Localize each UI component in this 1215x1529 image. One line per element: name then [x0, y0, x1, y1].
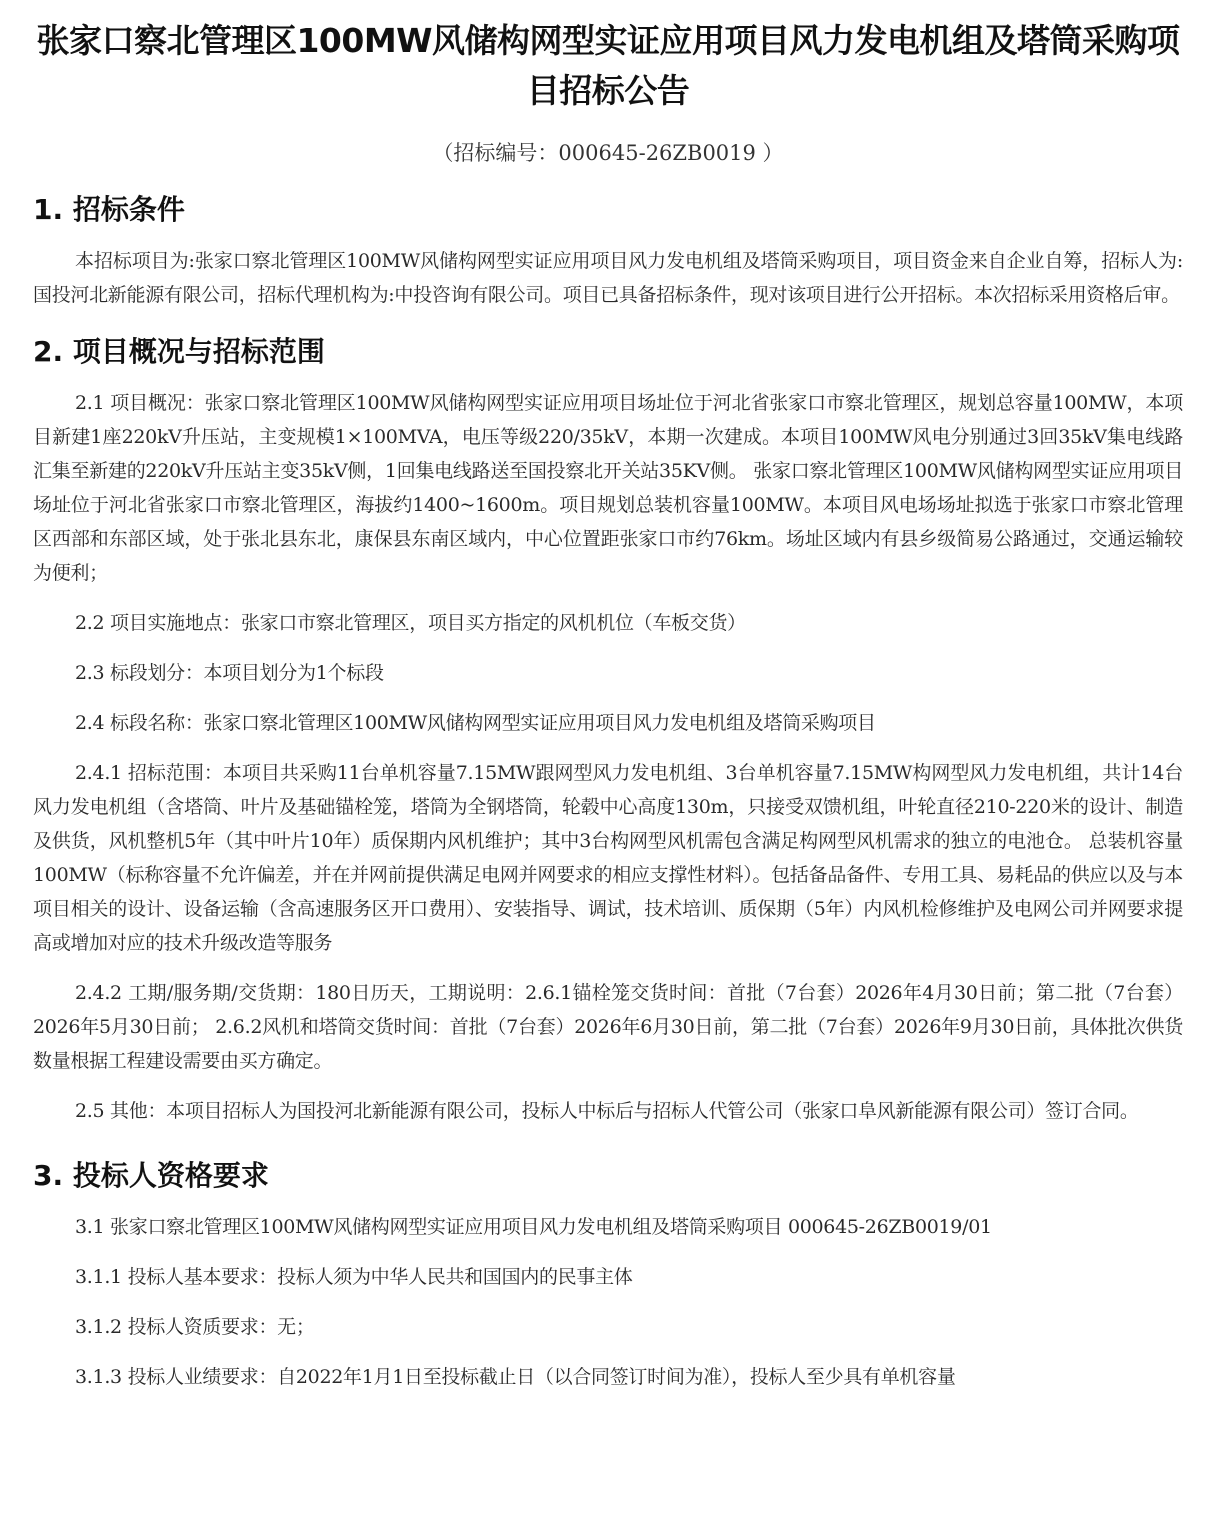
- paragraph-3-1-3: 3.1.3 投标人业绩要求：自2022年1月1日至投标截止日（以合同签订时间为准…: [33, 1360, 1183, 1394]
- section-heading: 2. 项目概况与招标范围: [33, 332, 1183, 372]
- paragraph-3-1: 3.1 张家口察北管理区100MW风储构网型实证应用项目风力发电机组及塔筒采购项…: [33, 1210, 1183, 1244]
- paragraph-3-1-1: 3.1.1 投标人基本要求：投标人须为中华人民共和国国内的民事主体: [33, 1260, 1183, 1294]
- paragraph-2-4-2: 2.4.2 工期/服务期/交货期：180日历天，工期说明：2.6.1锚栓笼交货时…: [33, 976, 1183, 1078]
- section-bidding-conditions: 1. 招标条件 本招标项目为:张家口察北管理区100MW风储构网型实证应用项目风…: [33, 190, 1183, 312]
- paragraph-2-4-1: 2.4.1 招标范围：本项目共采购11台单机容量7.15MW跟网型风力发电机组、…: [33, 756, 1183, 960]
- paragraph-3-1-2: 3.1.2 投标人资质要求：无；: [33, 1310, 1183, 1344]
- paragraph-2-1: 2.1 项目概况：张家口察北管理区100MW风储构网型实证应用项目场址位于河北省…: [33, 386, 1183, 590]
- bid-number: （招标编号：000645-26ZB0019 ）: [33, 138, 1183, 168]
- paragraph-2-5: 2.5 其他：本项目招标人为国投河北新能源有限公司，投标人中标后与招标人代管公司…: [33, 1094, 1183, 1128]
- section-project-overview: 2. 项目概况与招标范围 2.1 项目概况：张家口察北管理区100MW风储构网型…: [33, 332, 1183, 1128]
- section-bidder-qualifications: 3. 投标人资格要求 3.1 张家口察北管理区100MW风储构网型实证应用项目风…: [33, 1156, 1183, 1394]
- paragraph: 本招标项目为:张家口察北管理区100MW风储构网型实证应用项目风力发电机组及塔筒…: [33, 244, 1183, 312]
- paragraph-2-2: 2.2 项目实施地点：张家口市察北管理区，项目买方指定的风机机位（车板交货）: [33, 606, 1183, 640]
- paragraph-2-4: 2.4 标段名称：张家口察北管理区100MW风储构网型实证应用项目风力发电机组及…: [33, 706, 1183, 740]
- document-title: 张家口察北管理区100MW风储构网型实证应用项目风力发电机组及塔筒采购项目招标公…: [33, 0, 1183, 116]
- announcement-page: 张家口察北管理区100MW风储构网型实证应用项目风力发电机组及塔筒采购项目招标公…: [0, 0, 1215, 1394]
- section-heading: 3. 投标人资格要求: [33, 1156, 1183, 1196]
- section-heading: 1. 招标条件: [33, 190, 1183, 230]
- paragraph-2-3: 2.3 标段划分：本项目划分为1个标段: [33, 656, 1183, 690]
